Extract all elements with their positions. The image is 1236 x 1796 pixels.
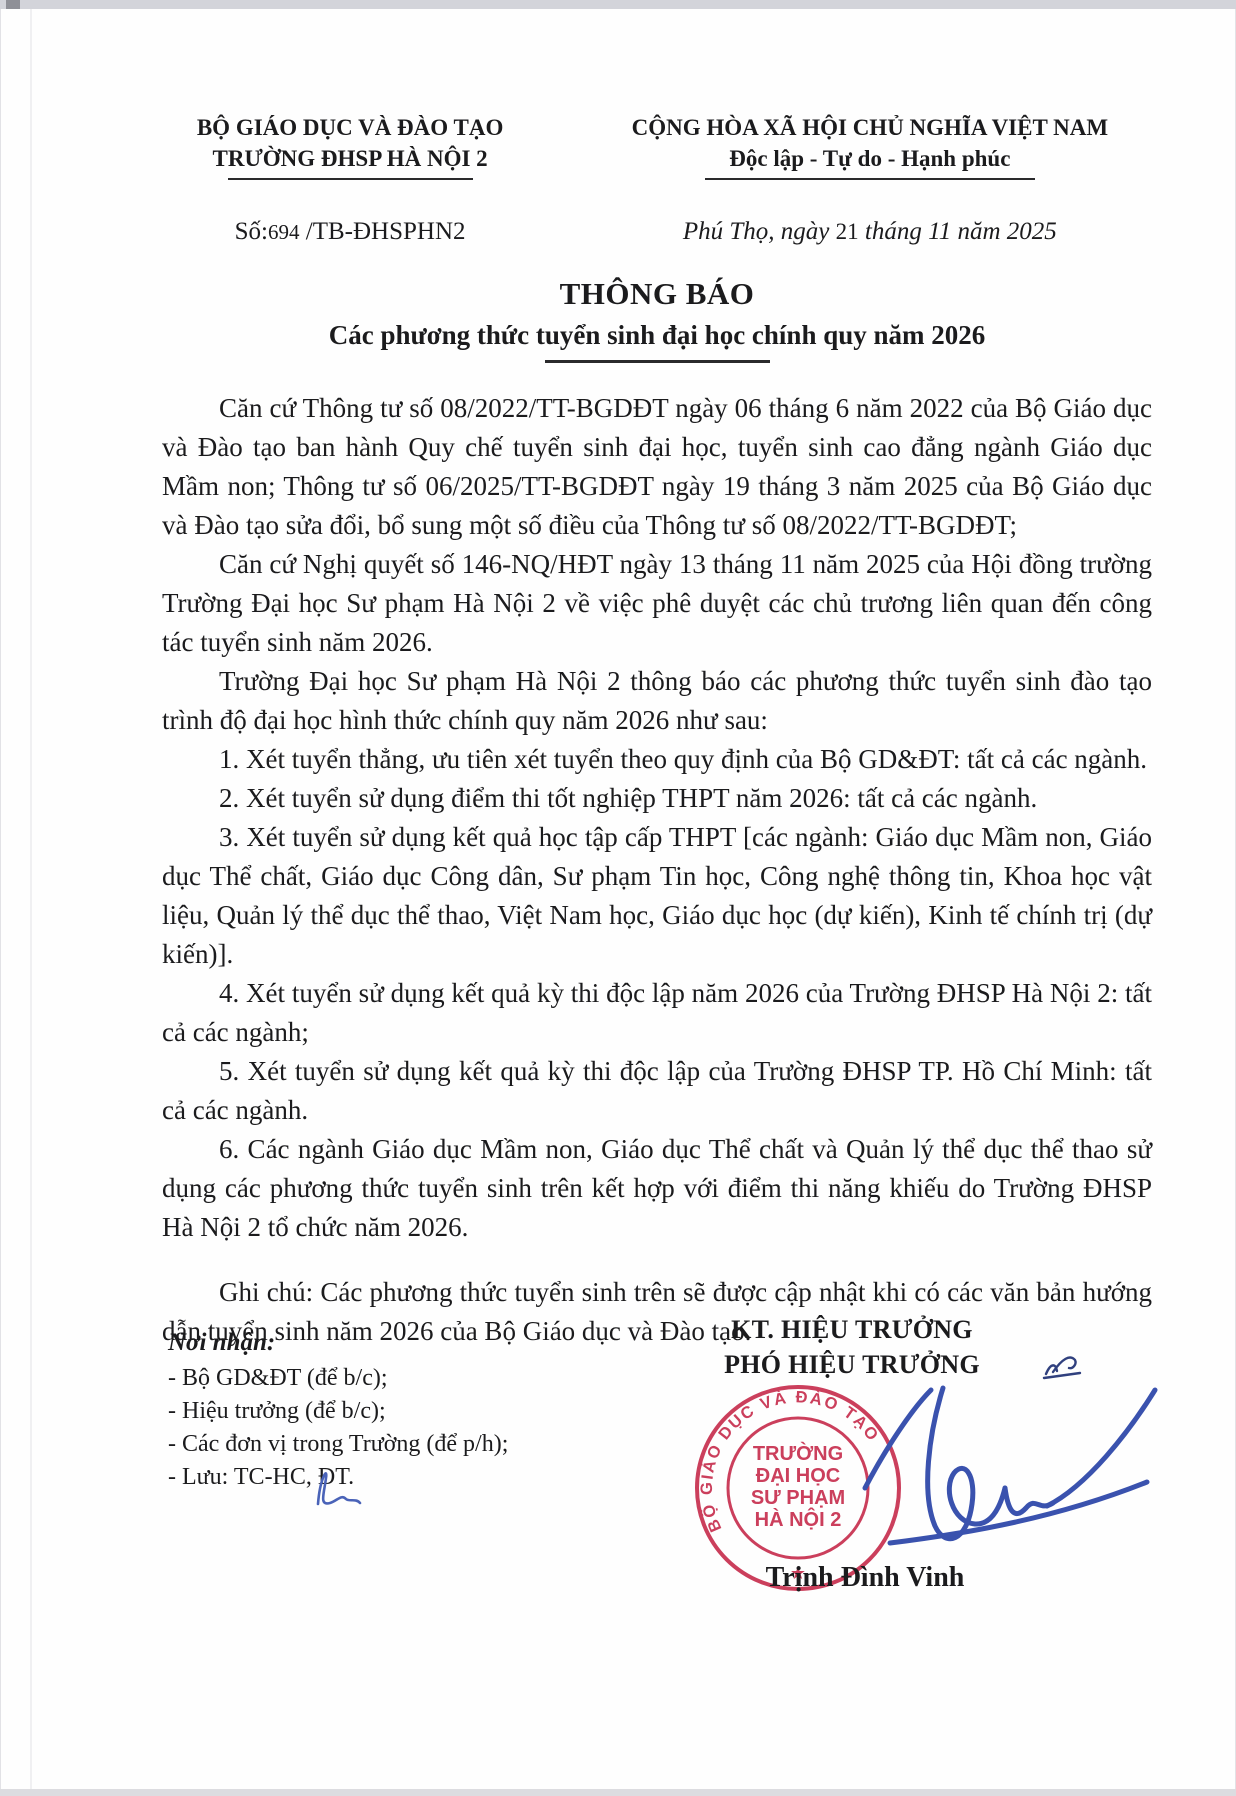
doc-number-value: 694 (268, 220, 300, 244)
recipient-item: - Các đơn vị trong Trường (để p/h); (168, 1428, 508, 1461)
list-item-3: 3. Xét tuyển sử dụng kết quả học tập cấp… (162, 818, 1152, 974)
scan-edge-notch (6, 0, 20, 9)
header-right-rule (705, 178, 1035, 180)
recipients-heading: Nơi nhận: (168, 1326, 508, 1359)
document-content: BỘ GIÁO DỤC VÀ ĐÀO TẠO TRƯỜNG ĐHSP HÀ NỘ… (0, 0, 1236, 1351)
scan-edge-left (30, 9, 32, 1789)
doc-number-suffix: /TB-ĐHSPHN2 (300, 218, 466, 245)
title-rule (545, 360, 770, 363)
signature-title-line1: KT. HIỆU TRƯỞNG (612, 1312, 1092, 1347)
place-date-line: Phú Thọ, ngày 21 tháng 11 năm 2025 (588, 218, 1152, 246)
list-item-6: 6. Các ngành Giáo dục Mầm non, Giáo dục … (162, 1130, 1152, 1247)
paragraph: Căn cứ Nghị quyết số 146-NQ/HĐT ngày 13 … (162, 545, 1152, 662)
national-motto: CỘNG HÒA XÃ HỘI CHỦ NGHĨA VIỆT NAM Độc l… (588, 112, 1152, 180)
date-day: 21 (836, 219, 859, 244)
paragraph: Trường Đại học Sư phạm Hà Nội 2 thông bá… (162, 662, 1152, 740)
header-left-rule (228, 178, 473, 180)
clerk-initials-handwriting (298, 1462, 364, 1512)
scan-edge-top (0, 0, 1236, 9)
list-item-5: 5. Xét tuyển sử dụng kết quả kỳ thi độc … (162, 1052, 1152, 1130)
republic-title: CỘNG HÒA XÃ HỘI CHỦ NGHĨA VIỆT NAM (588, 112, 1152, 143)
issuing-agency: BỘ GIÁO DỤC VÀ ĐÀO TẠO TRƯỜNG ĐHSP HÀ NỘ… (162, 112, 538, 180)
doc-number-label: Số: (235, 218, 268, 245)
document-body: Căn cứ Thông tư số 08/2022/TT-BGDĐT ngày… (162, 389, 1152, 1351)
document-subtitle: Các phương thức tuyển sinh đại học chính… (162, 320, 1152, 351)
document-number: Số:694 /TB-ĐHSPHN2 (162, 218, 538, 246)
ministry-name: BỘ GIÁO DỤC VÀ ĐÀO TẠO (162, 112, 538, 143)
meta-row: Số:694 /TB-ĐHSPHN2 Phú Thọ, ngày 21 thán… (162, 218, 1152, 246)
document-title: THÔNG BÁO (162, 276, 1152, 312)
list-item-1: 1. Xét tuyển thẳng, ưu tiên xét tuyển th… (162, 740, 1152, 779)
document-header: BỘ GIÁO DỤC VÀ ĐÀO TẠO TRƯỜNG ĐHSP HÀ NỘ… (162, 112, 1152, 180)
recipient-item: - Bộ GD&ĐT (để b/c); (168, 1362, 508, 1395)
signer-name: Trịnh Đình Vinh (655, 1562, 1075, 1594)
university-name: TRƯỜNG ĐHSP HÀ NỘI 2 (162, 143, 538, 174)
title-block: THÔNG BÁO Các phương thức tuyển sinh đại… (162, 276, 1152, 363)
signature-handwriting (795, 1358, 1175, 1573)
date-suffix: tháng 11 năm 2025 (859, 218, 1057, 245)
motto-line: Độc lập - Tự do - Hạnh phúc (588, 143, 1152, 174)
paragraph: Căn cứ Thông tư số 08/2022/TT-BGDĐT ngày… (162, 389, 1152, 545)
scan-edge-bottom (0, 1789, 1236, 1796)
recipient-item: - Hiệu trưởng (để b/c); (168, 1395, 508, 1428)
document-page: BỘ GIÁO DỤC VÀ ĐÀO TẠO TRƯỜNG ĐHSP HÀ NỘ… (0, 0, 1236, 1796)
list-item-4: 4. Xét tuyển sử dụng kết quả kỳ thi độc … (162, 974, 1152, 1052)
list-item-2: 2. Xét tuyển sử dụng điểm thi tốt nghiệp… (162, 779, 1152, 818)
date-prefix: Phú Thọ, ngày (683, 218, 836, 245)
